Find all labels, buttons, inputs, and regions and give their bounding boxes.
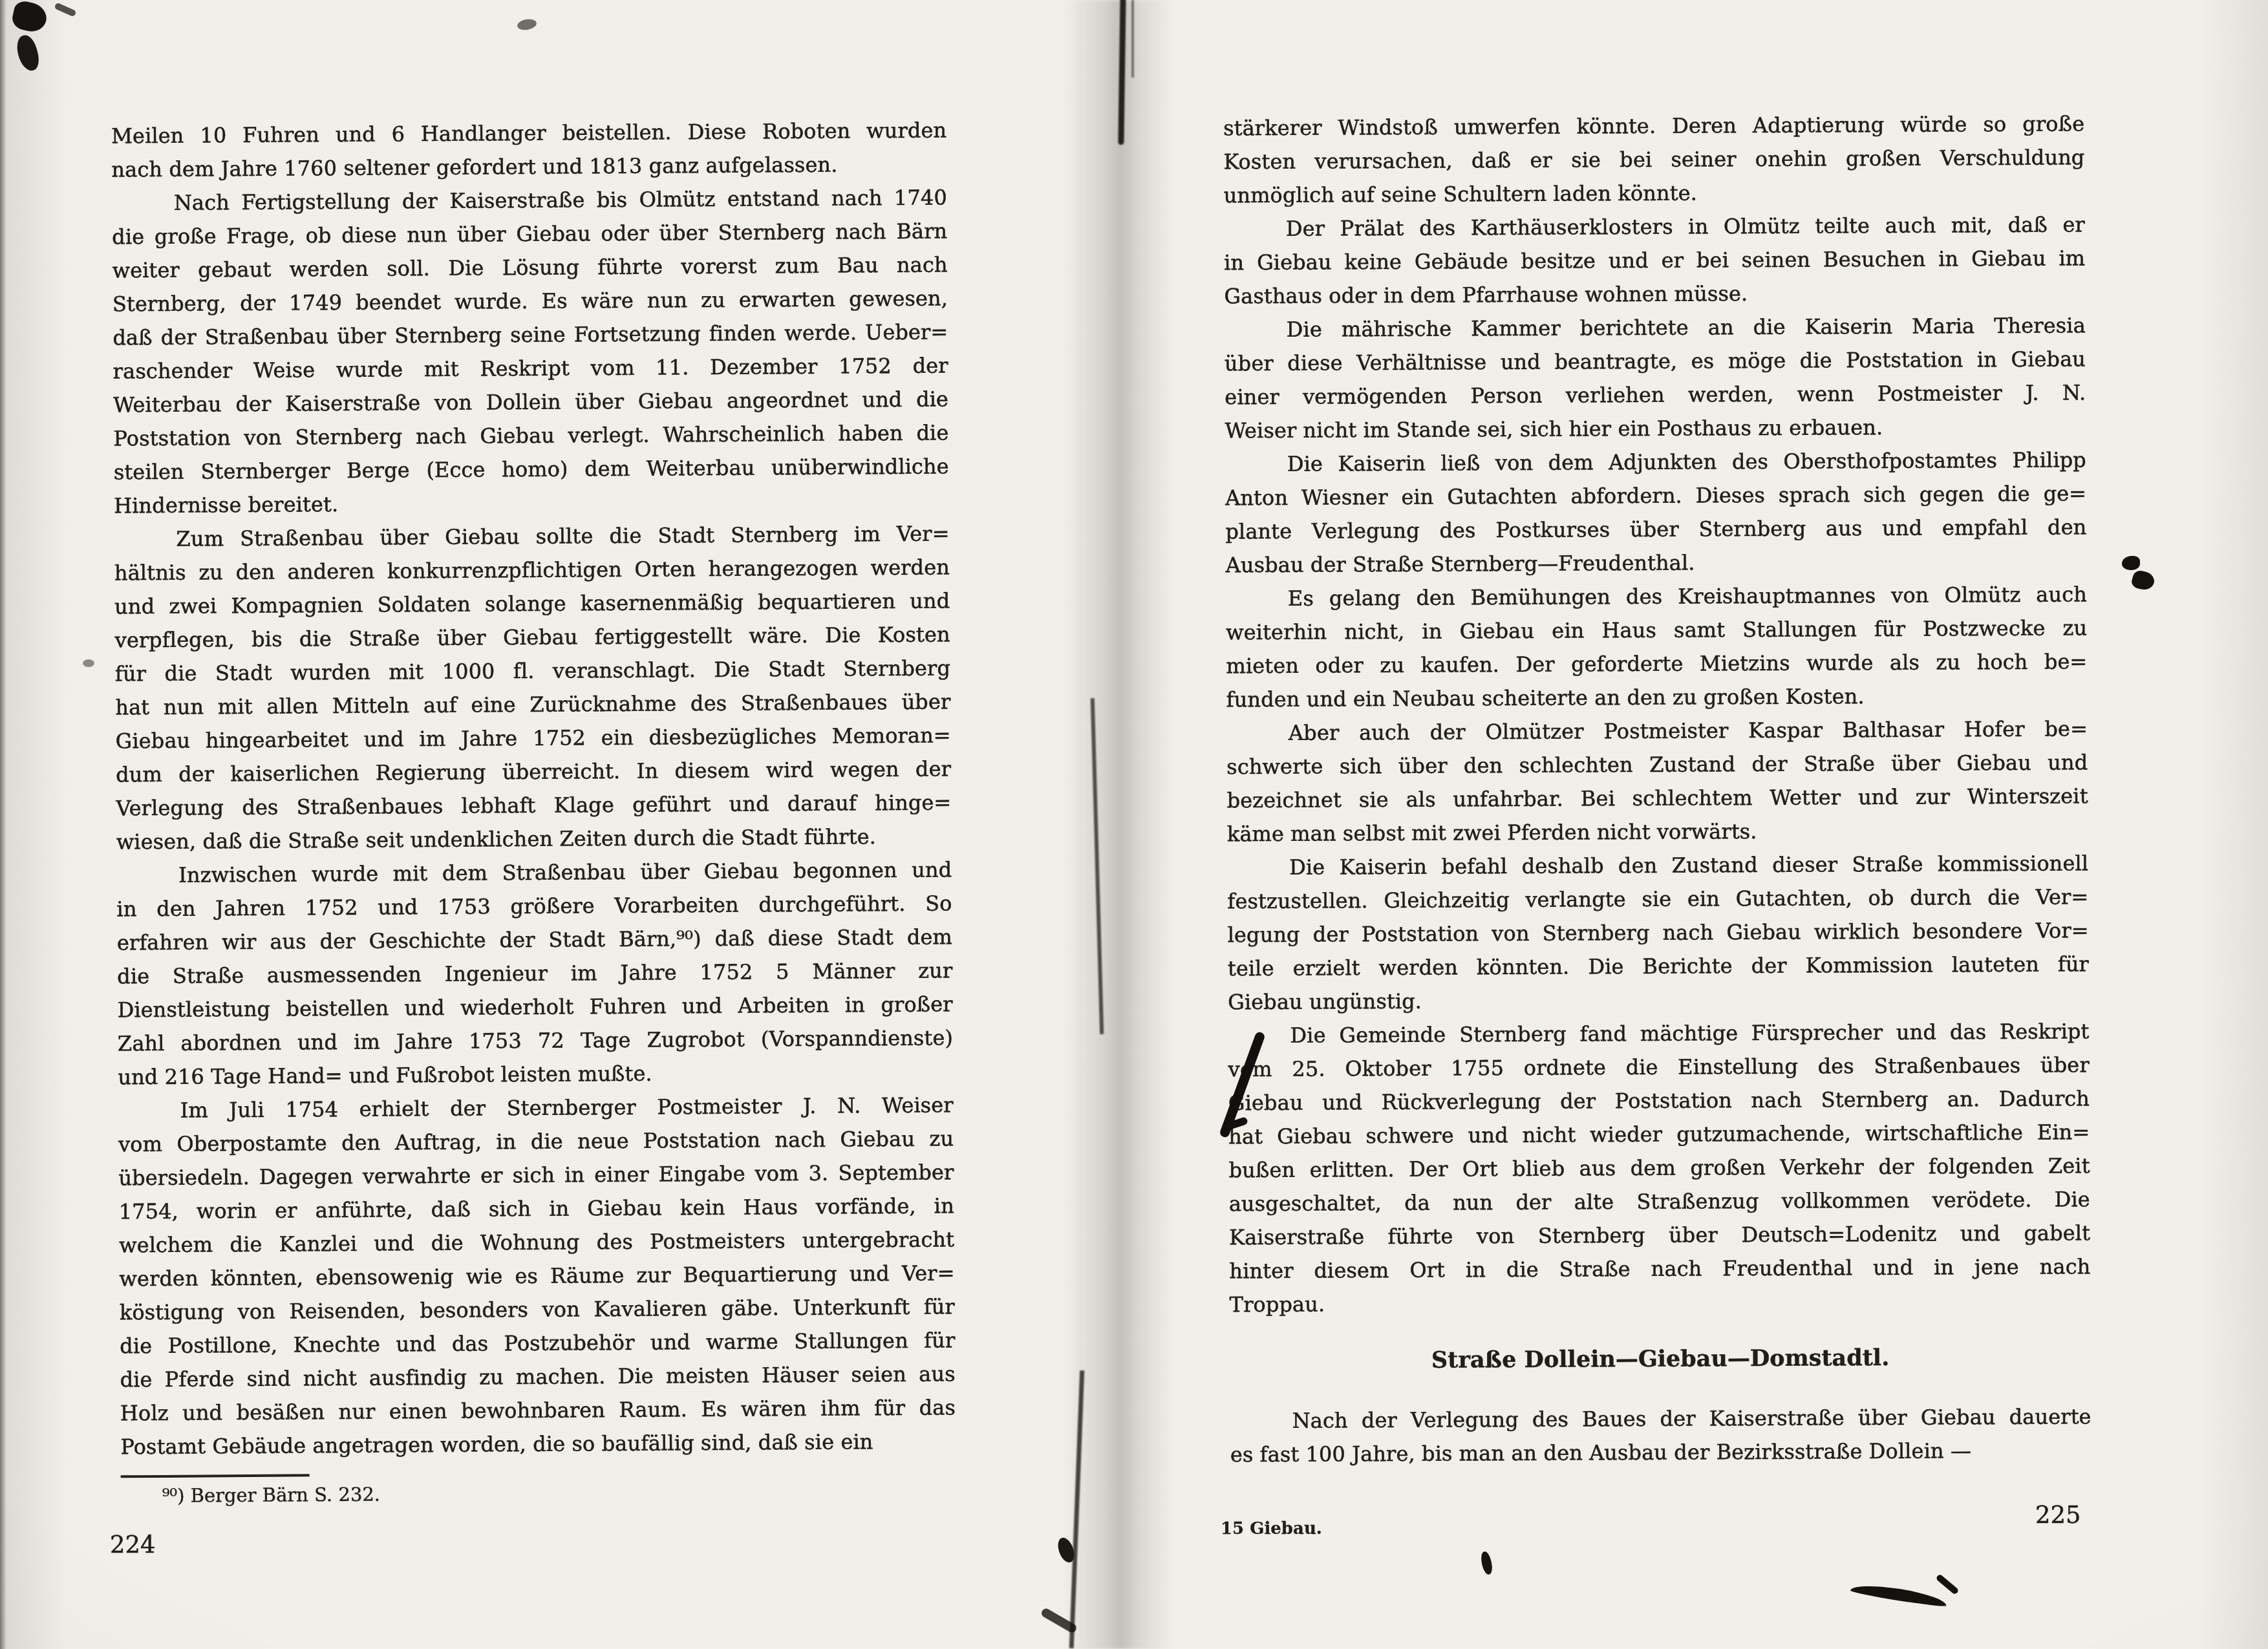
text-line: Die Kaiserin ließ von dem Adjunkten des … bbox=[1225, 443, 2086, 481]
text-line: Giebau ungünstig. bbox=[1228, 981, 2089, 1019]
book-scan: Meilen 10 Fuhren und 6 Handlanger beiste… bbox=[0, 0, 2268, 1649]
text-line: bezeichnet sie als unfahrbar. Bei schlec… bbox=[1226, 779, 2088, 817]
left-page-text: Meilen 10 Fuhren und 6 Handlanger beiste… bbox=[111, 113, 956, 1463]
page-edge-shadow bbox=[0, 0, 6, 1649]
corner-ink-dash bbox=[54, 3, 76, 17]
text-line: für die Stadt wurden mit 1000 fl. verans… bbox=[115, 651, 950, 690]
text-line: nach dem Jahre 1760 seltener gefordert u… bbox=[111, 147, 947, 186]
text-line: die Straße ausmessenden Ingenieur im Jah… bbox=[117, 953, 952, 993]
gutter-crease bbox=[1069, 1370, 1085, 1648]
text-line: teile erzielt werden könnten. Die Berich… bbox=[1228, 947, 2089, 985]
text-line: hinter diesem Ort in die Straße nach Fre… bbox=[1229, 1250, 2090, 1288]
paragraph: Inzwischen wurde mit dem Straßenbau über… bbox=[116, 853, 954, 1094]
margin-ink-dot bbox=[2122, 556, 2140, 570]
text-line: wiesen, daß die Straße seit undenklichen… bbox=[116, 819, 952, 858]
text-line: käme man selbst mit zwei Pferden nicht v… bbox=[1227, 813, 2088, 851]
text-line: dum der kaiserlichen Regierung überreich… bbox=[116, 752, 951, 791]
text-line: steilen Sternberger Berge (Ecce homo) de… bbox=[114, 449, 949, 489]
text-line: Kaiserstraße führte von Sternberg über D… bbox=[1229, 1216, 2090, 1254]
text-line: Die Gemeinde Sternberg fand mächtige Für… bbox=[1228, 1014, 2089, 1052]
text-line: Nach Fertigstellung der Kaiserstraße bis… bbox=[112, 180, 947, 220]
text-line: ausgeschaltet, da nun der alte Straßenzu… bbox=[1229, 1182, 2090, 1220]
text-line: Im Juli 1754 erhielt der Sternberger Pos… bbox=[118, 1088, 954, 1127]
gutter-crease bbox=[1040, 1607, 1078, 1634]
paragraph: Der Prälat des Karthäuserklosters in Olm… bbox=[1224, 207, 2086, 313]
text-line: erfahren wir aus der Geschichte der Stad… bbox=[117, 920, 952, 959]
corner-ink-blot bbox=[10, 0, 49, 34]
footnote-rule bbox=[121, 1474, 310, 1478]
text-line: verpflegen, bis die Straße über Giebau f… bbox=[114, 617, 950, 657]
paragraph: stärkerer Windstoß umwerfen könnte. Dere… bbox=[1223, 107, 2085, 212]
paragraph: Aber auch der Olmützer Postmeister Kaspa… bbox=[1226, 712, 2088, 851]
ink-streak bbox=[1850, 1581, 1948, 1608]
text-line: plante Verlegung des Postkurses über Ste… bbox=[1225, 510, 2086, 548]
text-line: Postamt Gebäude angetragen worden, die s… bbox=[120, 1424, 956, 1463]
text-line: stärkerer Windstoß umwerfen könnte. Dere… bbox=[1223, 107, 2084, 145]
text-line: hat Giebau schwere und nicht wieder gutz… bbox=[1228, 1115, 2090, 1153]
paragraph: Die mährische Kammer berichtete an die K… bbox=[1225, 308, 2086, 447]
ink-speck bbox=[517, 18, 537, 32]
corner-ink-blot bbox=[14, 33, 42, 73]
text-line: hat nun mit allen Mitteln auf eine Zurüc… bbox=[115, 685, 950, 724]
text-line: Giebau hingearbeitet und im Jahre 1752 e… bbox=[116, 718, 951, 758]
text-line: Verlegung des Straßenbaues lebhaft Klage… bbox=[116, 785, 951, 825]
text-line: Die Kaiserin befahl deshalb den Zustand … bbox=[1227, 846, 2088, 884]
text-line: bußen erlitten. Der Ort blieb aus dem gr… bbox=[1228, 1149, 2090, 1187]
paragraph: Zum Straßenbau über Giebau sollte die St… bbox=[114, 516, 952, 858]
right-page-text-lower: Nach der Verlegung des Baues der Kaisers… bbox=[1230, 1399, 2091, 1471]
text-line: Die mährische Kammer berichtete an die K… bbox=[1225, 308, 2086, 346]
text-line: daß der Straßenbau über Sternberg seine … bbox=[112, 315, 948, 354]
right-page: stärkerer Windstoß umwerfen könnte. Dere… bbox=[1223, 107, 2091, 1471]
gutter-shadow bbox=[1064, 0, 1173, 1649]
page-number-right: 225 bbox=[2035, 1501, 2081, 1529]
text-line: über diese Verhältnisse und beantragte, … bbox=[1225, 342, 2086, 380]
text-line: legung der Poststation von Sternberg nac… bbox=[1228, 913, 2089, 952]
ink-streak bbox=[1935, 1573, 1959, 1595]
text-line: die Pferde sind nicht ausfindig zu mache… bbox=[120, 1357, 955, 1396]
text-line: Inzwischen wurde mit dem Straßenbau über… bbox=[116, 853, 952, 892]
text-line: köstigung von Reisenden, besonders von K… bbox=[120, 1290, 955, 1329]
text-line: weiter gebaut werden soll. Die Lösung fü… bbox=[112, 248, 947, 287]
section-heading: Straße Dollein—Giebau—Domstadtl. bbox=[1230, 1340, 2091, 1378]
text-line: Gasthaus oder in dem Pfarrhause wohnen m… bbox=[1224, 275, 2085, 313]
footnote: ⁹⁰) Berger Bärn S. 232. bbox=[121, 1477, 956, 1509]
right-page-text-upper: stärkerer Windstoß umwerfen könnte. Dere… bbox=[1223, 107, 2091, 1321]
paragraph: Die Kaiserin ließ von dem Adjunkten des … bbox=[1225, 443, 2087, 582]
text-line: mieten oder zu kaufen. Der geforderte Mi… bbox=[1226, 644, 2087, 683]
text-line: 1754, worin er anführte, daß sich in Gie… bbox=[119, 1189, 954, 1228]
paragraph: Die Gemeinde Sternberg fand mächtige Für… bbox=[1228, 1014, 2090, 1321]
gutter-crease bbox=[1091, 698, 1104, 1034]
text-line: weiterhin nicht, in Giebau ein Haus samt… bbox=[1226, 611, 2087, 649]
text-line: hältnis zu den anderen konkurrenzpflicht… bbox=[114, 550, 950, 590]
ink-speck bbox=[83, 659, 94, 667]
text-line: Nach der Verlegung des Baues der Kaisers… bbox=[1230, 1399, 2091, 1438]
gutter-crease bbox=[1131, 0, 1134, 78]
text-line: in den Jahren 1752 und 1753 größere Vora… bbox=[116, 886, 952, 926]
text-line: Ausbau der Straße Sternberg—Freudenthal. bbox=[1226, 544, 2087, 582]
gutter-crease bbox=[1118, 0, 1126, 145]
text-line: festzustellen. Gleichzeitig verlangte si… bbox=[1227, 880, 2088, 918]
paragraph: Die Kaiserin befahl deshalb den Zustand … bbox=[1227, 846, 2089, 1019]
text-line: Hindernisse bereitet. bbox=[114, 483, 949, 522]
text-line: Holz und besäßen nur einen bewohnbaren R… bbox=[120, 1390, 956, 1430]
text-line: vom 25. Oktober 1755 ordnete die Einstel… bbox=[1228, 1048, 2090, 1086]
text-line: raschender Weise wurde mit Reskript vom … bbox=[113, 348, 948, 388]
text-line: Zahl abordnen und im Jahre 1753 72 Tage … bbox=[118, 1021, 953, 1060]
gutter-ink-blot bbox=[1055, 1535, 1077, 1564]
paragraph: Nach der Verlegung des Baues der Kaisers… bbox=[1230, 1399, 2091, 1471]
text-line: übersiedeln. Dagegen verwahrte er sich i… bbox=[118, 1155, 954, 1195]
text-line: Giebau und Rückverlegung der Poststation… bbox=[1228, 1081, 2090, 1120]
text-line: Aber auch der Olmützer Postmeister Kaspa… bbox=[1226, 712, 2088, 750]
margin-ink-dot bbox=[2130, 569, 2156, 592]
text-line: Anton Wiesner ein Gutachten abfordern. D… bbox=[1225, 476, 2086, 515]
paragraph: Meilen 10 Fuhren und 6 Handlanger beiste… bbox=[111, 113, 947, 186]
text-line: schwerte sich über den schlechten Zustan… bbox=[1226, 745, 2088, 783]
text-line: vom Oberpostamte den Auftrag, in die neu… bbox=[118, 1122, 954, 1161]
text-line: Troppau. bbox=[1230, 1283, 2091, 1321]
text-line: werden könnten, ebensowenig wie es Räume… bbox=[119, 1256, 954, 1295]
text-line: Der Prälat des Karthäuserklosters in Olm… bbox=[1224, 207, 2085, 246]
text-line: Poststation von Sternberg nach Giebau ve… bbox=[113, 416, 948, 455]
text-line: Dienstleistung beistellen und wiederholt… bbox=[117, 987, 952, 1027]
text-line: Weiterbau der Kaiserstraße von Dollein ü… bbox=[113, 382, 948, 421]
text-line: und zwei Kompagnien Soldaten solange kas… bbox=[114, 584, 950, 623]
text-line: und 216 Tage Hand= und Fußrobot leisten … bbox=[118, 1054, 953, 1094]
page-number-left: 224 bbox=[110, 1531, 156, 1559]
text-line: Sternberg, der 1749 beendet wurde. Es wä… bbox=[112, 281, 948, 321]
text-line: die Postillone, Knechte und das Postzube… bbox=[120, 1323, 955, 1363]
text-line: Weiser nicht im Stande sei, sich hier ei… bbox=[1225, 409, 2086, 447]
text-line: Kosten verursachen, daß er sie bei seine… bbox=[1223, 140, 2084, 178]
text-line: es fast 100 Jahre, bis man an den Ausbau… bbox=[1230, 1433, 2091, 1471]
text-line: in Giebau keine Gebäude besitze und er b… bbox=[1224, 241, 2085, 279]
text-line: Meilen 10 Fuhren und 6 Handlanger beiste… bbox=[111, 113, 947, 153]
paragraph: Im Juli 1754 erhielt der Sternberger Pos… bbox=[118, 1088, 956, 1463]
text-line: funden und ein Neubau scheiterte an den … bbox=[1226, 678, 2088, 716]
text-line: Zum Straßenbau über Giebau sollte die St… bbox=[114, 516, 949, 556]
ink-speck bbox=[1479, 1551, 1493, 1575]
text-line: welchem die Kanzlei und die Wohnung des … bbox=[119, 1222, 954, 1262]
paragraph: Nach Fertigstellung der Kaiserstraße bis… bbox=[112, 180, 950, 522]
printers-signature: 15 Giebau. bbox=[1221, 1519, 1322, 1538]
text-line: Es gelang den Bemühungen des Kreishauptm… bbox=[1226, 577, 2087, 615]
left-page: Meilen 10 Fuhren und 6 Handlanger beiste… bbox=[111, 113, 956, 1509]
text-line: die große Frage, ob diese nun über Gieba… bbox=[112, 214, 947, 253]
text-line: unmöglich auf seine Schultern laden könn… bbox=[1224, 174, 2085, 212]
paragraph: Es gelang den Bemühungen des Kreishauptm… bbox=[1226, 577, 2088, 716]
text-line: einer vermögenden Person verliehen werde… bbox=[1225, 376, 2086, 414]
